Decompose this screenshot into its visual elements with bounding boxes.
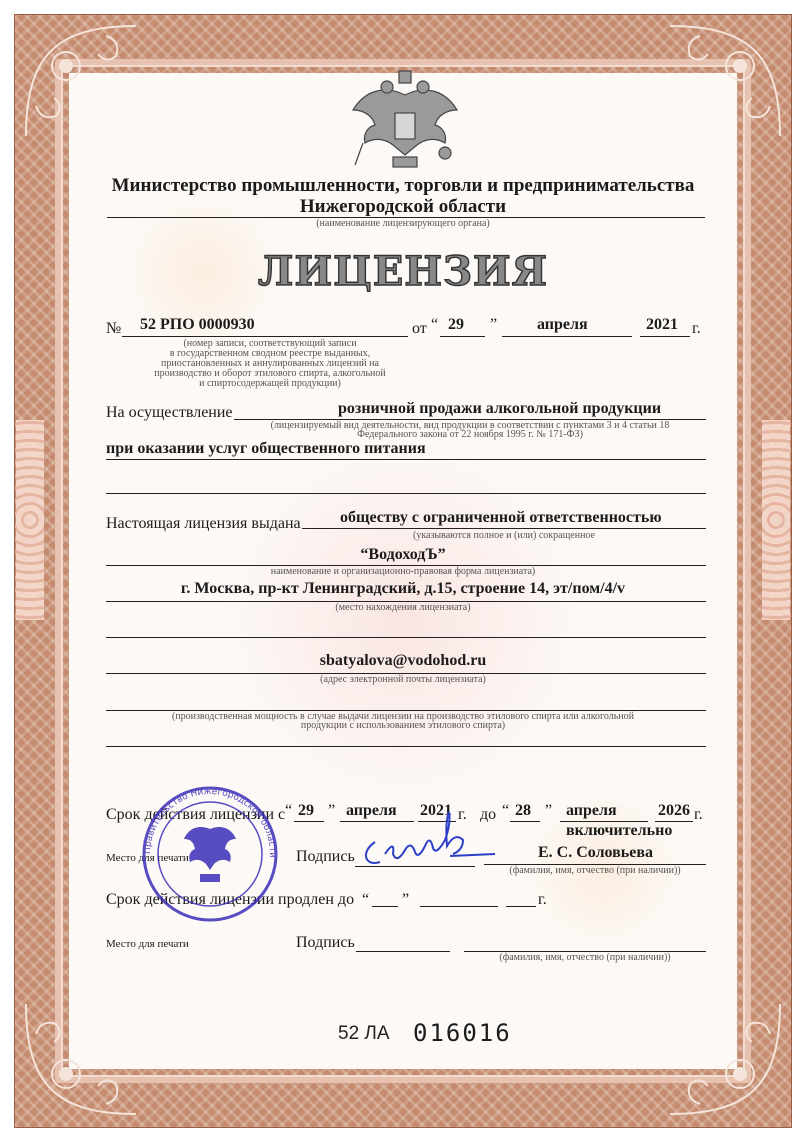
licensee-hint-1: (указываются полное и (или) сокращенное [302, 531, 706, 541]
licensee-form: обществу с ограниченной ответственностью [340, 509, 662, 527]
ext-sign-label: Подпись [296, 934, 355, 952]
month-underline [502, 336, 632, 337]
activity-value: розничной продажи алкогольной продукции [338, 400, 661, 418]
issuer-line-1: Министерство промышленности, торговли и … [0, 175, 806, 197]
valid-to-year: 2026 [658, 802, 690, 820]
activity-hint-2: Федерального закона от 22 ноября 1995 г.… [234, 430, 706, 440]
number-prefix: № [106, 320, 121, 338]
year-suffix: г. [692, 320, 701, 338]
ext-year-underline [506, 906, 536, 907]
document-title: ЛИЦЕНЗИЯ [0, 248, 806, 295]
form-series: 52 ЛА [338, 1023, 390, 1045]
issue-day: 29 [448, 316, 464, 334]
licensee-address: г. Москва, пр-кт Ленинградский, д.15, ст… [0, 580, 806, 598]
corner-ornament-top-left [16, 16, 146, 146]
to-day-underline [510, 821, 540, 822]
ext-year-suffix: г. [538, 891, 547, 909]
email-hint: (адрес электронной почты лицензиата) [0, 675, 806, 685]
coat-of-arms-icon [345, 65, 465, 175]
licensee-hint-2: наименование и организационно-правовая ф… [0, 567, 806, 577]
activity-label: На осуществление [106, 404, 233, 422]
from-label: от [412, 320, 427, 338]
issue-month: апреля [537, 316, 588, 334]
corner-ornament-top-right [660, 16, 790, 146]
to-year-suffix: г. [694, 806, 703, 824]
licensee-label: Настоящая лицензия выдана [106, 515, 301, 533]
day-underline [440, 336, 485, 337]
activity-value-2: при оказании услуг общественного питания [106, 440, 426, 458]
valid-from-day: 29 [298, 802, 314, 820]
ext-sign-underline [356, 951, 450, 952]
licensee-email: sbatyalova@vodohod.ru [0, 652, 806, 670]
from-day-underline [294, 821, 324, 822]
signer-hint: (фамилия, имя, отчество (при наличии)) [484, 866, 706, 876]
official-stamp: Правительство Нижегородской области [140, 784, 280, 924]
handwritten-signature [355, 812, 505, 872]
address-hint: (место нахождения лицензиата) [0, 603, 806, 613]
issuer-line-2: Нижегородской области [0, 196, 806, 218]
ext-stamp-place-label: Место для печати [106, 938, 189, 950]
number-hint: (номер записи, соответствующий записи в … [145, 339, 395, 389]
valid-to-month: апреля [566, 802, 617, 820]
issue-year: 2021 [646, 316, 678, 334]
number-underline [122, 336, 408, 337]
valid-to-day: 28 [515, 802, 531, 820]
year-underline [640, 336, 690, 337]
activity-underline-2 [106, 459, 706, 460]
validity-inclusive: включительно [566, 822, 672, 840]
form-number: 016016 [413, 1019, 512, 1047]
corner-ornament-bottom-left [16, 994, 146, 1124]
blank-line-3 [106, 746, 706, 747]
issuer-hint: (наименование лицензирующего органа) [0, 219, 806, 229]
signer-name: Е. С. Соловьева [538, 844, 653, 862]
blank-line-1 [106, 493, 706, 494]
ext-signer-hint: (фамилия, имя, отчество (при наличии)) [464, 953, 706, 963]
licensee-underline [302, 528, 706, 529]
licensee-name: “ВодоходЪ” [0, 546, 806, 564]
capacity-hint-2: продукции с использованием этилового спи… [0, 721, 806, 731]
sign-label: Подпись [296, 848, 355, 866]
ext-month-underline [420, 906, 498, 907]
license-number: 52 РПО 0000930 [140, 316, 255, 334]
blank-line-2 [106, 637, 706, 638]
ext-day-underline [372, 906, 398, 907]
corner-ornament-bottom-right [660, 994, 790, 1124]
